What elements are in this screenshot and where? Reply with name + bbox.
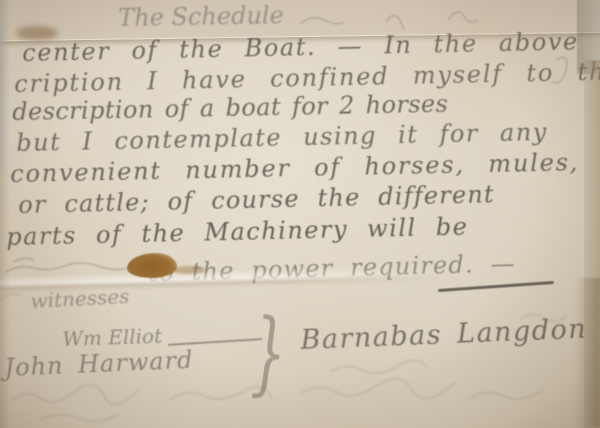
signature-barnabas-langdon: Barnabas Langdon [300,315,588,353]
handwriting-line: parts of the Machinery will be [6,215,469,249]
heading-line: The Schedule [118,3,284,30]
ink-stain [127,253,177,278]
document-photo: The Schedule center of the Boat. — In th… [0,0,600,428]
handwriting-line: or cattle; of course the different [18,182,495,217]
bottom-right-shadow [574,278,600,428]
witnesses-label: witnesses [30,286,130,311]
signature-flourish-line [168,338,262,346]
ink-stain-tail [172,266,206,274]
paper-left-edge [0,0,10,428]
handwriting-line: description of a boat for 2 horses [12,92,449,124]
witness-brace: } [250,306,287,400]
witness-signature-2: John Harward [4,348,194,380]
trailing-dash-flourish [438,281,554,292]
witness-signature-1: Wm Elliot [62,326,162,349]
fold-smudge [16,26,58,40]
